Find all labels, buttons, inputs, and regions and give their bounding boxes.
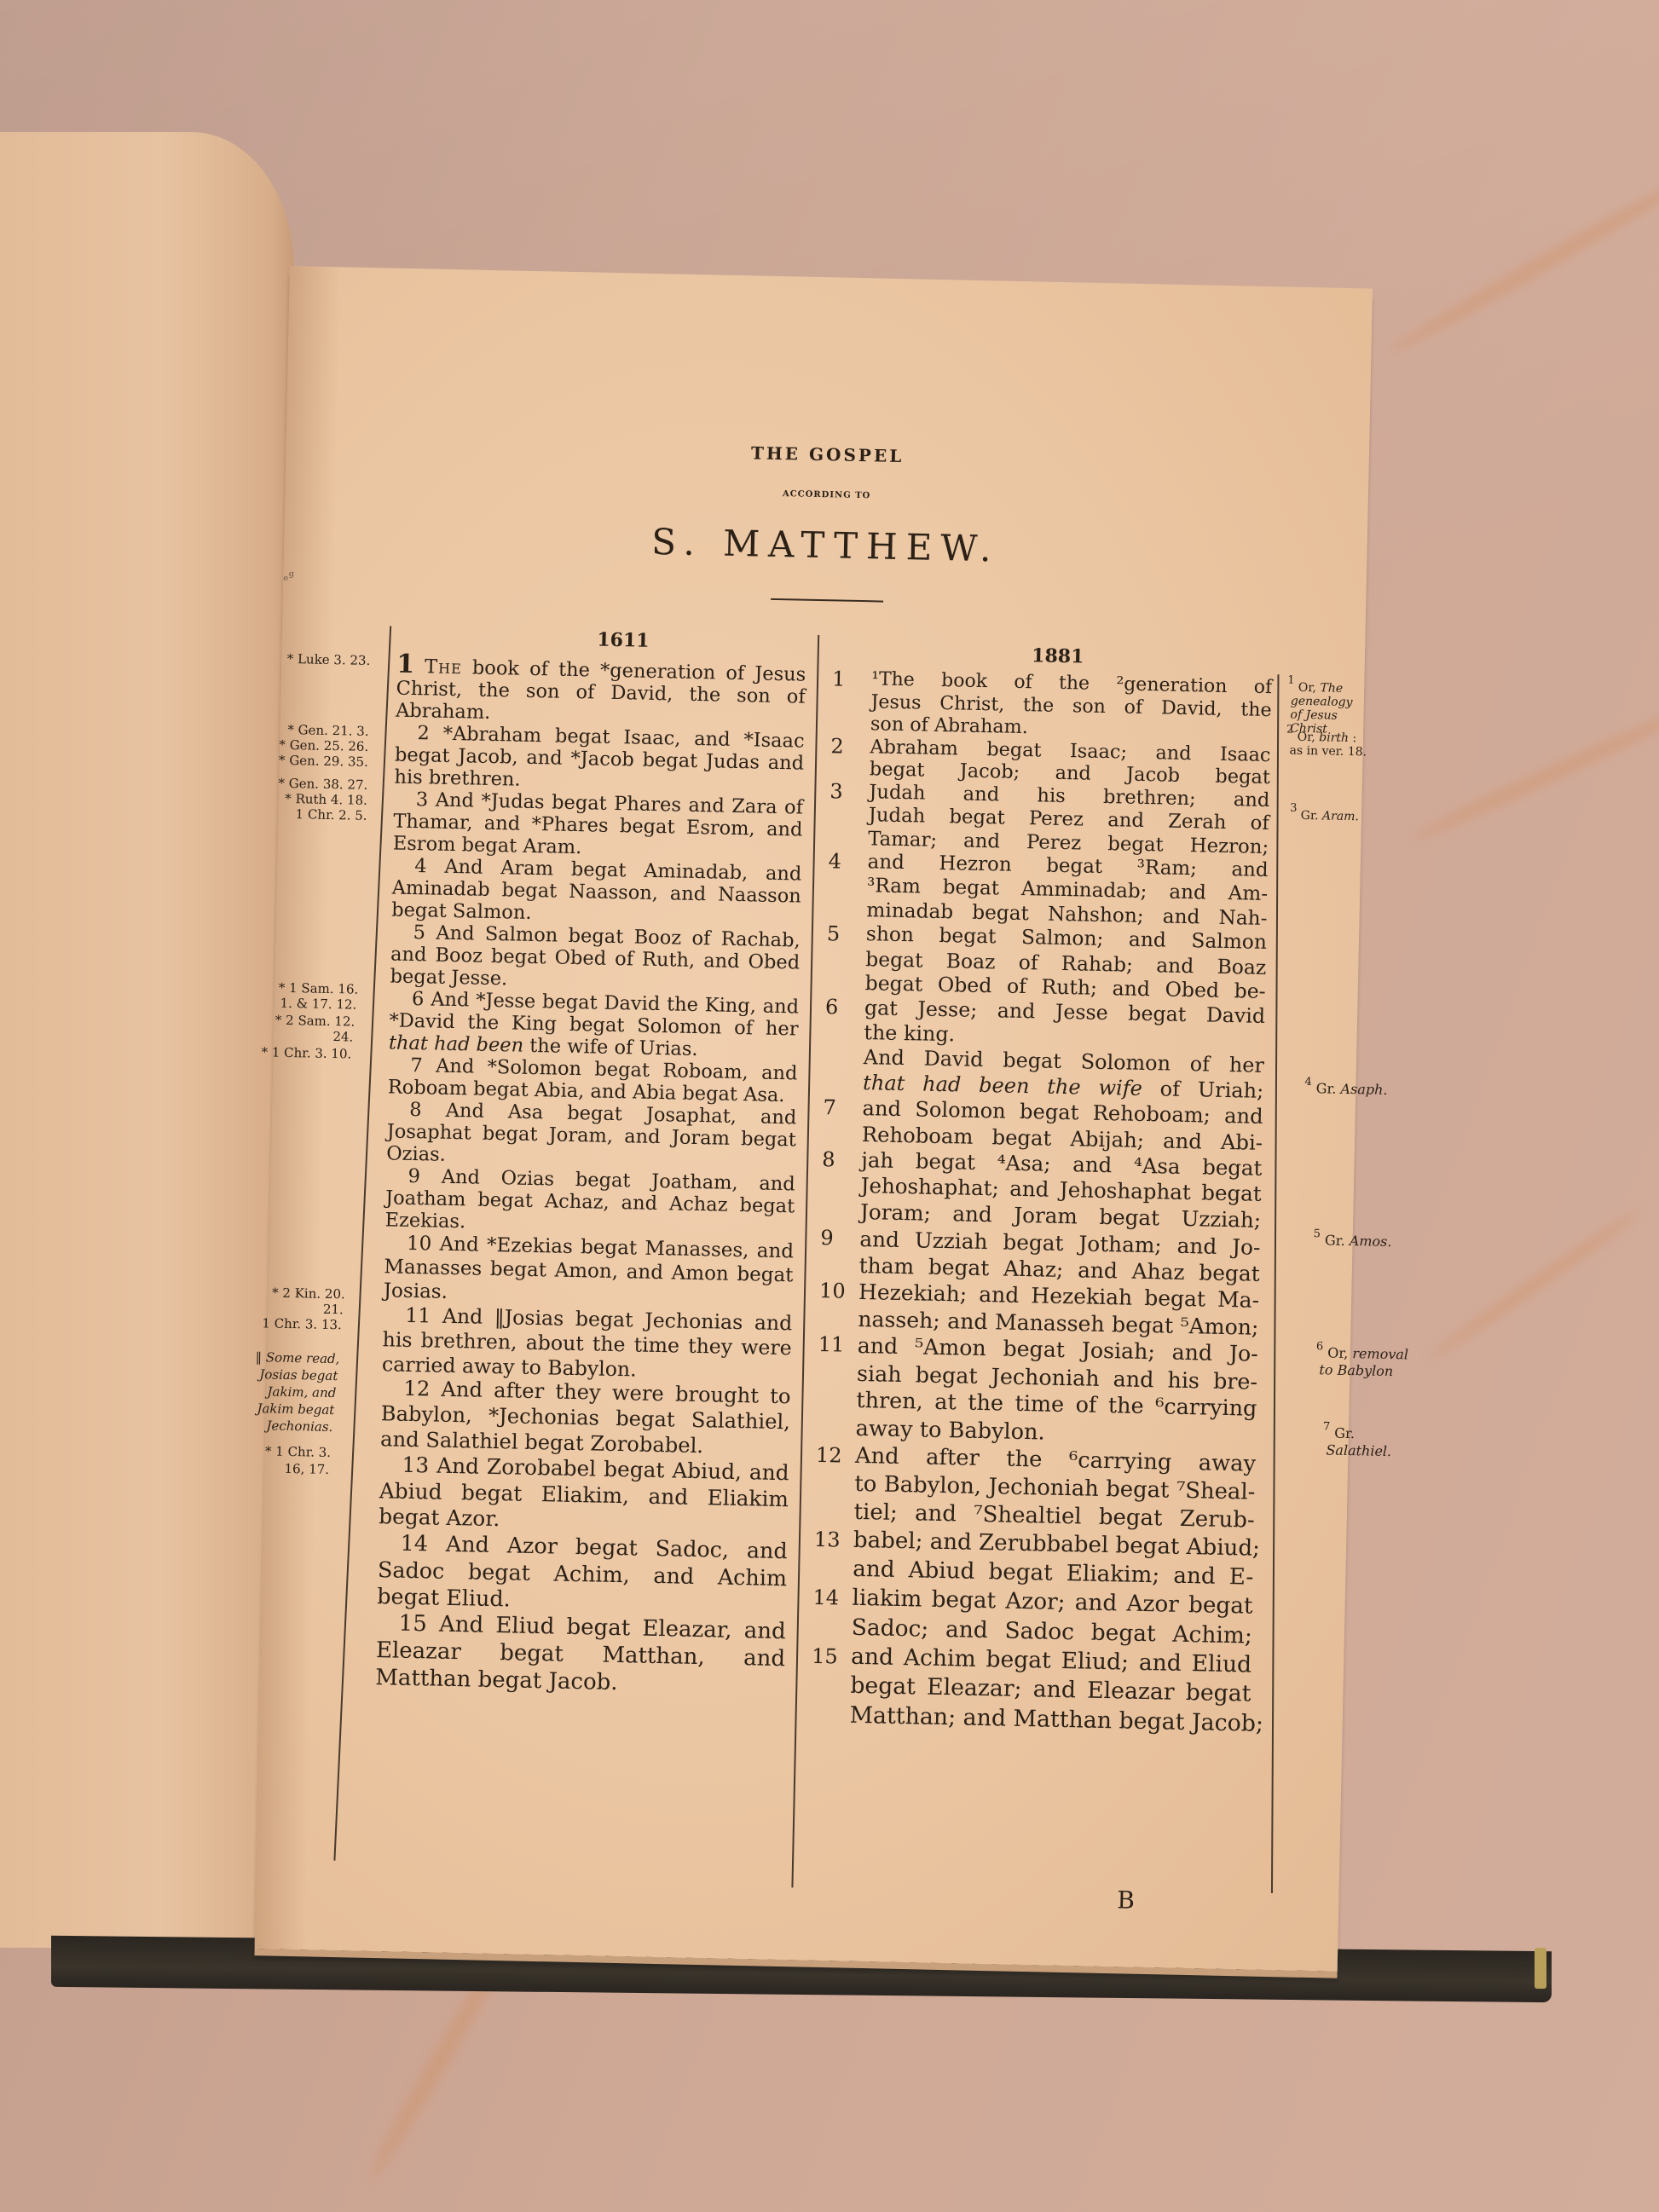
title-rule [771,598,883,603]
verse-number: 8 [822,1146,855,1173]
verse-text: And ‖Josias begat Jechonias and his bret… [382,1303,793,1381]
verse-text: And Zorobabel begat Abiud, and Abiud beg… [379,1453,789,1532]
verse-number: 11 [818,1331,851,1360]
marginal-reference: 24. [332,1029,353,1045]
verse-text [414,656,425,678]
column-heading-1881: 1881 [1007,644,1110,669]
background-streak [1426,1206,1643,1363]
marginal-reference: * 2 Kin. 20. [272,1285,345,1303]
verse-number: 15 [398,1611,427,1637]
verse-number: 1 [396,650,415,679]
verse-text: The [425,656,462,679]
text-column-1881: 1¹The book of the ²generation ofJesus Ch… [849,668,1272,1739]
marginal-note: 6 Or, removalto Babylon [1315,1344,1408,1380]
heading-according-to: ACCORDING TO [286,479,1368,511]
note-marker: 3 [1290,802,1298,815]
marginal-reference: * Gen. 29. 35. [279,753,368,771]
note-marker: 5 [1314,1227,1321,1240]
verse-1611: 9 And Ozias begat Joatham, and Joatham b… [384,1164,795,1239]
marginal-note: 5 Gr. Amos. [1313,1232,1391,1250]
note-marker: 1 [1287,674,1295,687]
text-column-1611: 1 The book of the *generation of Jesus C… [375,654,806,1701]
verse-text: And Aram begat Aminadab, and Aminadab be… [391,855,802,924]
verse-number: 13 [814,1526,847,1555]
verse-number: 10 [407,1233,432,1256]
marginal-note: 7 Gr.Salathiel. [1322,1424,1392,1460]
verse-number: 2 [830,735,864,758]
heading-the-gospel: THE GOSPEL [286,433,1369,476]
book-cover-edge [1535,1948,1546,1989]
verse-number: 6 [825,995,858,1020]
verse-1611: 8 And Asa begat Josaphat, and Josaphat b… [386,1098,797,1173]
note-marker: 6 [1316,1340,1324,1353]
verse-1611: 10 And *Ezekias begat Manasses, and Mana… [384,1231,795,1311]
marginal-reference: Jechonias. [266,1418,332,1435]
verse-1611: 12 And after they were brought to Babylo… [380,1377,791,1461]
note-marker: 4 [1304,1076,1312,1089]
marginal-reference: Jakim begat [257,1401,334,1418]
verse-text: And Ozias begat Joatham, and Joatham beg… [384,1165,795,1233]
verse-1611: 1 The book of the *generation of Jesus C… [396,654,806,731]
verse-1611: 14 And Azor begat Sadoc, and Sadoc begat… [377,1530,788,1619]
verse-number: 3 [416,788,429,811]
verse-number: 1 [832,667,865,690]
verse-1611: 15 And Eliud begat Eleazar, and Eleazar … [375,1609,786,1700]
verse-number: 14 [812,1583,846,1613]
marginal-note: 2 Or, birth :as in ver. 18. [1286,730,1367,759]
marginal-reference: 16, 17. [284,1461,329,1478]
marginal-note: 4 Gr. Asaph. [1304,1080,1388,1099]
verse-number: 8 [409,1099,422,1121]
marginal-reference: 21. [323,1302,344,1318]
verse-text: And Eliud begat Eleazar, and Eleazar beg… [375,1611,786,1695]
marginal-note: 1 Or, Thegenealogyof JesusChrist [1286,681,1353,737]
verse-number: 14 [400,1530,428,1556]
verse-1611: 11 And ‖Josias begat Jechonias and his b… [382,1302,793,1384]
marginal-reference: 1 Chr. 3. 13. [262,1315,342,1333]
signature-mark: B [1117,1886,1135,1914]
marginal-reference: * Luke 3. 23. [287,651,371,669]
marginal-reference: * 1 Chr. 3. [265,1443,331,1461]
verse-text: And *Judas begat Phares and Zara of Tham… [393,788,804,858]
verse-text: And Asa begat Josaphat, and Josaphat beg… [386,1099,797,1166]
verse-number: 9 [820,1225,853,1252]
verse-1611: 3 And *Judas begat Phares and Zara of Th… [393,788,804,863]
verse-1611: 5 And Salmon begat Booz of Rachab, and B… [390,921,801,996]
marginal-reference: ‖ Some read, [255,1349,339,1367]
marginal-reference: Josias begat [259,1366,338,1384]
verse-text: *Abraham begat Isaac, and *Isaac begat J… [394,722,805,790]
verse-number: 9 [408,1165,420,1187]
verse-number: 13 [402,1453,429,1478]
verse-number: 10 [819,1278,853,1305]
marginal-reference: * 2 Sam. 12. [275,1013,355,1031]
background-streak [1409,703,1659,846]
marginal-notes-1881: 1 Or, Thegenealogyof JesusChrist2 Or, bi… [1262,287,1432,1909]
verse-number: 12 [816,1441,849,1470]
verse-1611: 2 *Abraham begat Isaac, and *Isaac begat… [394,722,805,797]
verse-number: 7 [823,1095,856,1122]
verse-number: 12 [403,1377,430,1401]
marginal-reference: 1 Chr. 2. 5. [295,806,367,824]
marginal-reference: * 1 Chr. 3. 10. [261,1044,351,1062]
verse-1611: 6 And *Jesse begat David the King, and *… [389,987,800,1062]
verse-number: 4 [414,855,427,877]
verse-text: And after they were brought to Babylon, … [380,1377,791,1458]
verse-1611: 13 And Zorobabel begat Abiud, and Abiud … [379,1452,789,1538]
verse-text: And Azor begat Sadoc, and Sadoc begat Ac… [377,1531,788,1611]
verse-number: 5 [413,921,425,944]
page-title: S. MATTHEW. [284,513,1367,578]
marginal-references-1611: * Luke 3. 23.* Gen. 21. 3.* Gen. 25. 26.… [77,263,384,1887]
column-heading-1611: 1611 [572,628,675,653]
book-page: THE GOSPEL ACCORDING TO S. MATTHEW. ₑᵍ 1… [255,266,1373,1972]
verse-number: 11 [405,1303,431,1328]
verse-number: 2 [417,722,430,744]
verse-number: 5 [827,921,860,946]
note-marker: 2 [1286,723,1294,736]
marginal-reference: 1. & 17. 12. [280,996,356,1014]
verse-number: 3 [829,780,863,804]
marginal-reference: Jakim, and [267,1383,336,1401]
verse-1611: 4 And Aram begat Aminadab, and Aminadab … [391,855,802,930]
verse-text: that had been [389,1031,524,1056]
verse-number: 6 [412,988,425,1010]
verse-number: 15 [812,1641,845,1671]
note-marker: 7 [1323,1420,1331,1433]
verse-number: 4 [828,850,861,875]
verse-text: And *Ezekias begat Manasses, and Manasse… [384,1233,795,1302]
marginal-note: 3 Gr. Aram. [1290,809,1359,824]
verse-number: 7 [410,1054,423,1077]
verse-text: And Salmon begat Booz of Rachab, and Boo… [390,921,801,990]
